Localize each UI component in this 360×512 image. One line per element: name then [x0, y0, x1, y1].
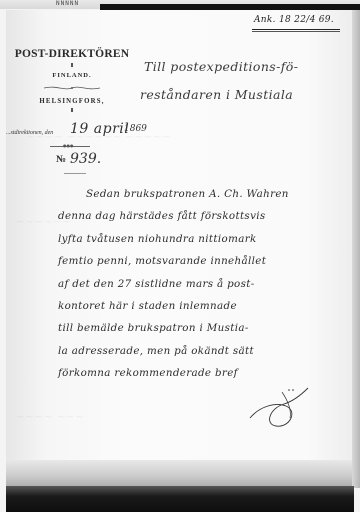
- number-sign: №: [56, 154, 66, 165]
- body-line: kontoret här i staden inlemnade: [58, 295, 354, 317]
- ornamental-flourish-icon: [42, 85, 102, 91]
- date-year: 1869: [124, 124, 147, 134]
- dateline-printed: ...stdirektionen, den: [6, 130, 53, 136]
- handwritten-date: 19 april: [70, 121, 129, 137]
- body-line: Sedan brukspatronen A. Ch. Wahren: [58, 183, 354, 205]
- letterhead-title: POST-DIREKTÖREN: [6, 48, 138, 60]
- addressee: Till postexpeditions-fö- reståndaren i M…: [140, 53, 350, 109]
- letter-body: Sedan brukspatronen A. Ch. Wahren denna …: [58, 183, 354, 385]
- paper-bottom-edge: [6, 460, 352, 488]
- body-line: denna dag härstädes fått förskottsvis: [58, 205, 354, 227]
- body-line: förkomna rekommenderade bref: [58, 362, 354, 384]
- body-line: femtio penni, motsvarande innehållet: [58, 250, 354, 272]
- document-number: 939.: [70, 151, 101, 167]
- addressee-line: Till postexpeditions-fö-: [140, 53, 350, 81]
- divider-ornament: ●●●: [63, 143, 73, 148]
- reference-underline: [252, 29, 340, 30]
- addressee-line: reståndaren i Mustiala: [140, 81, 350, 109]
- letterhead: POST-DIREKTÖREN FINLAND. HELSINGFORS,: [6, 48, 138, 112]
- body-line: af det den 27 sistlidne mars å post-: [58, 273, 354, 295]
- number-divider: [64, 173, 86, 174]
- letterhead-tick: [71, 108, 73, 112]
- body-line: till bemälde brukspatron i Mustia-: [58, 317, 354, 339]
- letterhead-country: FINLAND.: [6, 72, 138, 79]
- body-line: la adresserade, men på okändt sätt: [58, 340, 354, 362]
- body-line: lyfta tvåtusen niohundra nittiomark: [58, 228, 354, 250]
- letterhead-city: HELSINGFORS,: [6, 98, 138, 105]
- scanner-strip-label: NNNNN: [56, 0, 79, 7]
- signature-paraph-icon: [246, 384, 316, 430]
- reference-annotation: Ank. 18 22/4 69.: [254, 15, 334, 25]
- scanner-base: [6, 486, 354, 512]
- bleed-through-text: ~~~~ ~~~: [16, 410, 84, 423]
- letterhead-tick: [71, 63, 73, 67]
